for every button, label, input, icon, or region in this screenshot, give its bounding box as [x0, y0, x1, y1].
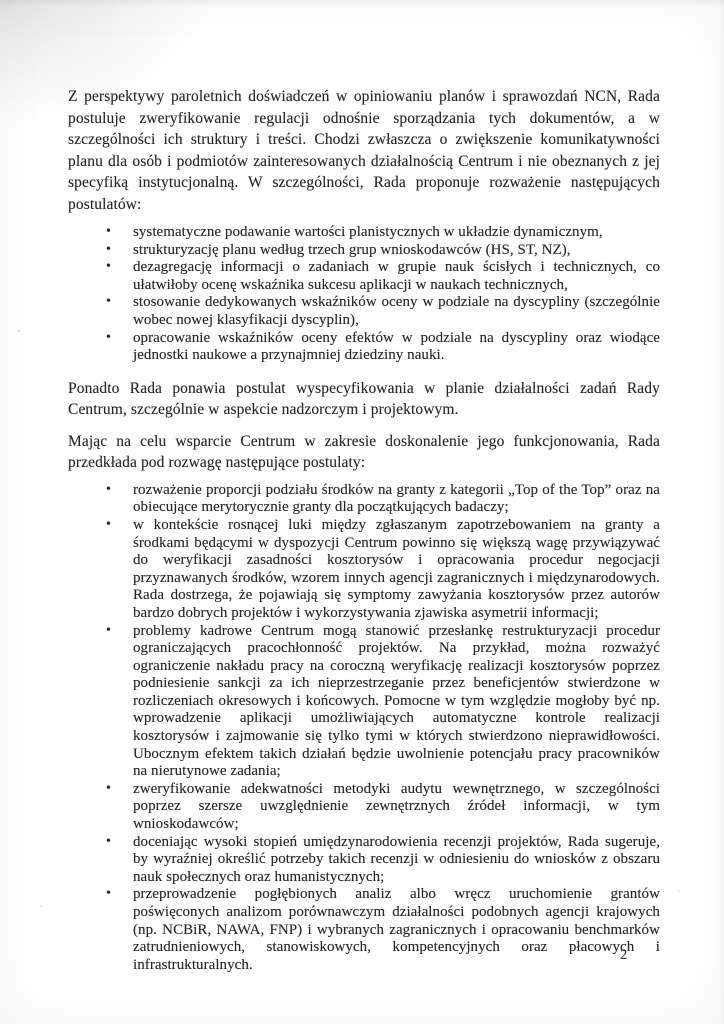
page-number: 2 — [620, 947, 627, 964]
paragraph-ponadto: Ponadto Rada ponawia postulat wyspecyfik… — [68, 378, 660, 421]
bullet-icon: • — [106, 329, 111, 347]
list-item: • systematyczne podawanie wartości plani… — [133, 224, 660, 242]
list-item-text: stosowanie dedykowanych wskaźników oceny… — [133, 294, 660, 328]
bullet-icon: • — [106, 622, 111, 640]
list-item: • strukturyzację planu według trzech gru… — [133, 242, 660, 260]
paragraph-intro: Z perspektywy paroletnich doświadczeń w … — [68, 86, 660, 215]
bullet-icon: • — [106, 293, 111, 311]
bullet-icon: • — [106, 780, 111, 798]
paragraph-majac: Mając na celu wsparcie Centrum w zakresi… — [68, 431, 660, 474]
document-page: Z perspektywy paroletnich doświadczeń w … — [0, 0, 724, 1024]
list-item: • doceniając wysoki stopień umiędzynarod… — [133, 834, 660, 887]
bullet-icon: • — [106, 258, 111, 276]
list-item-text: w kontekście rosnącej luki między zgłasz… — [133, 517, 660, 621]
list-item-text: opracowanie wskaźników oceny efektów w p… — [133, 330, 660, 364]
bullet-icon: • — [106, 223, 111, 241]
list-item: • przeprowadzenie pogłębionych analiz al… — [133, 886, 660, 974]
list-item: • w kontekście rosnącej luki między zgła… — [133, 517, 660, 623]
bullet-icon: • — [106, 241, 111, 259]
list-item: • stosowanie dedykowanych wskaźników oce… — [133, 294, 660, 329]
page-content: Z perspektywy paroletnich doświadczeń w … — [0, 0, 724, 987]
bullet-icon: • — [106, 516, 111, 534]
bullet-icon: • — [106, 481, 111, 499]
list-item: • opracowanie wskaźników oceny efektów w… — [133, 330, 660, 365]
list-item-text: strukturyzację planu według trzech grup … — [133, 242, 571, 258]
bullet-list-functioning-postulates: • rozważenie proporcji podziału środków … — [68, 482, 660, 975]
list-item-text: przeprowadzenie pogłębionych analiz albo… — [133, 886, 660, 972]
list-item-text: dezagregację informacji o zadaniach w gr… — [133, 259, 660, 293]
list-item-text: problemy kadrowe Centrum mogą stanowić p… — [133, 623, 660, 780]
list-item-text: rozważenie proporcji podziału środków na… — [133, 482, 660, 516]
bullet-icon: • — [106, 833, 111, 851]
list-item-text: zweryfikowanie adekwatności metodyki aud… — [133, 781, 660, 832]
list-item-text: systematyczne podawanie wartości planist… — [133, 224, 603, 240]
list-item: • dezagregację informacji o zadaniach w … — [133, 259, 660, 294]
list-item: • problemy kadrowe Centrum mogą stanowić… — [133, 623, 660, 781]
list-item: • rozważenie proporcji podziału środków … — [133, 482, 660, 517]
list-item: • zweryfikowanie adekwatności metodyki a… — [133, 781, 660, 834]
bullet-icon: • — [106, 885, 111, 903]
bullet-list-plan-postulates: • systematyczne podawanie wartości plani… — [68, 224, 660, 365]
list-item-text: doceniając wysoki stopień umiędzynarodow… — [133, 834, 660, 885]
